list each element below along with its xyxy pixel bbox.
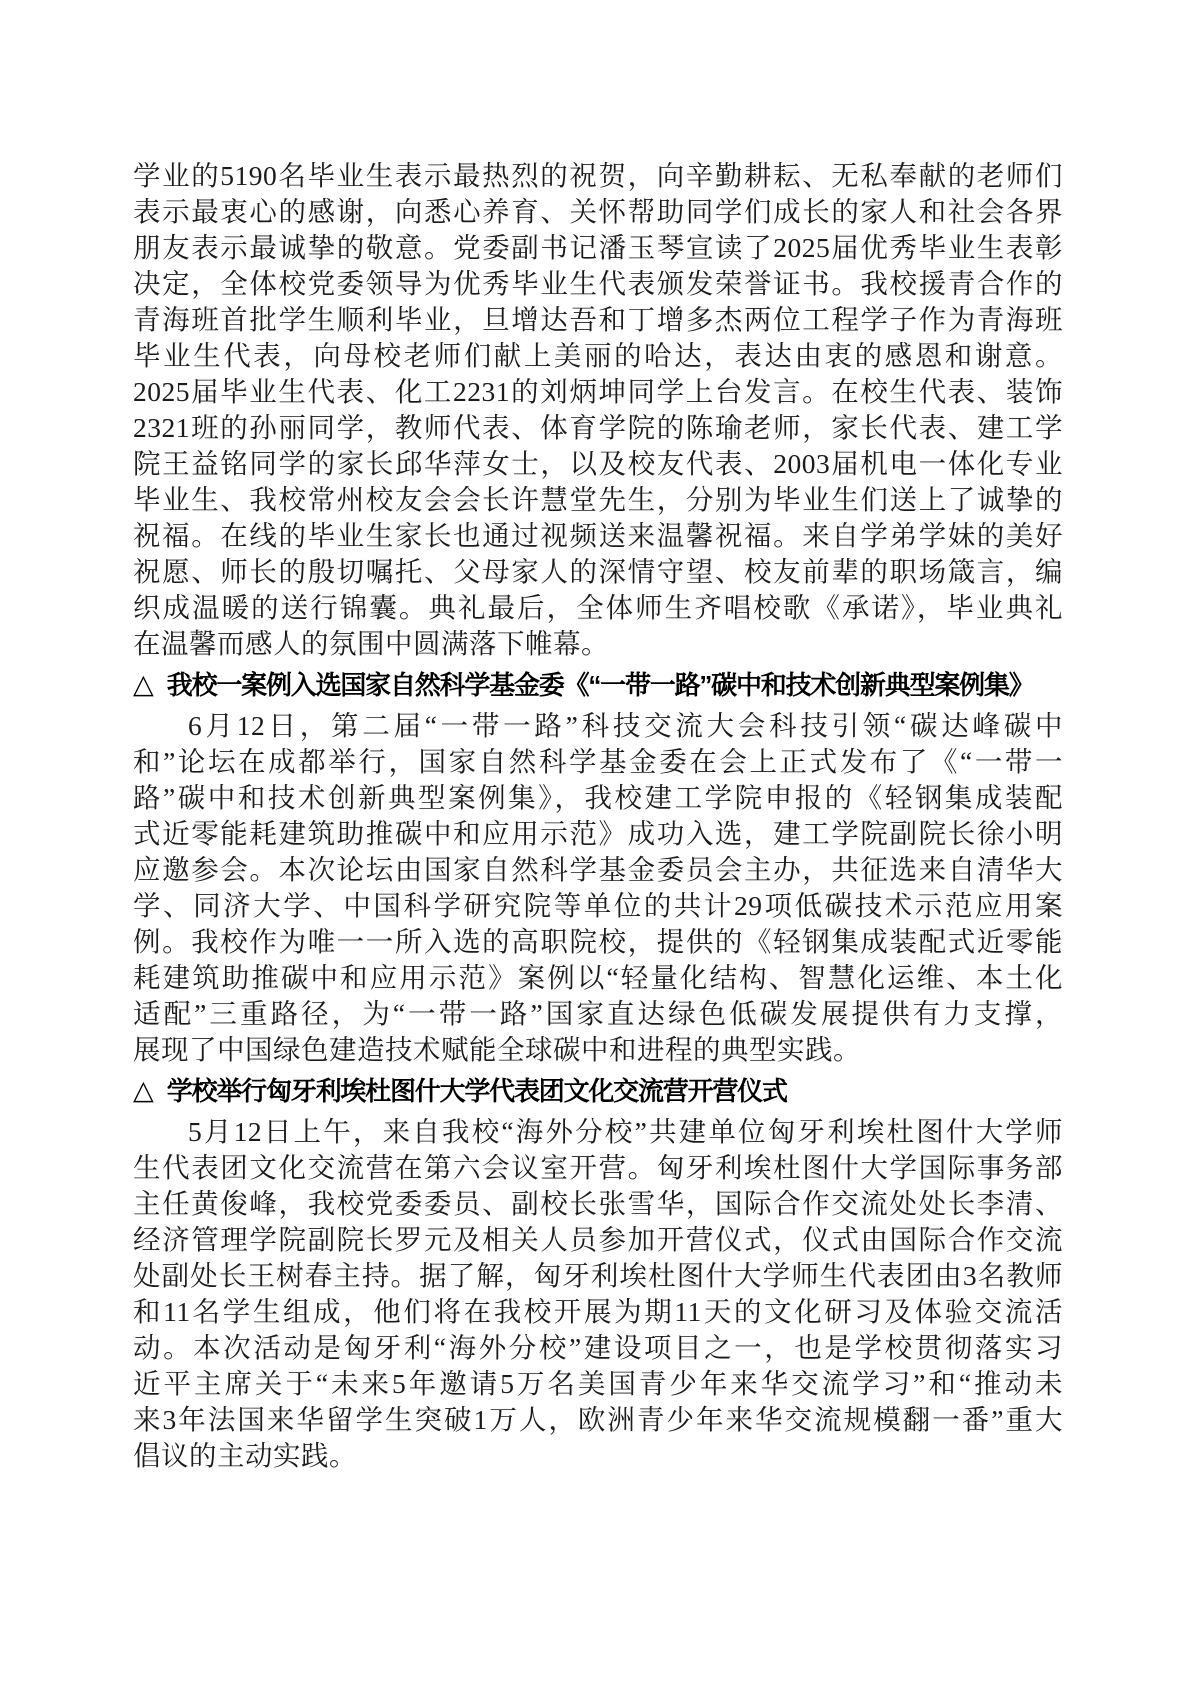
document-body: 学业的5190名毕业生表示最热烈的祝贺，向辛勤耕耘、无私奉献的老师们表示最衷心的… — [133, 158, 1063, 1474]
text-line: 青海班首批学生顺利毕业，旦增达吾和丁增多杰两位工程学子作为青海班 — [133, 302, 1063, 338]
text-line: 生代表团文化交流营在第六会议室开营。匈牙利埃杜图什大学国际事务部 — [133, 1150, 1063, 1186]
text-line: 来3年法国来华留学生突破1万人，欧洲青少年来华交流规模翻一番”重大 — [133, 1402, 1063, 1438]
text-line: 学、同济大学、中国科学研究院等单位的共计29项低碳技术示范应用案 — [133, 888, 1063, 924]
text-line: 适配”三重路径，为“一带一路”国家直达绿色低碳发展提供有力支撑， — [133, 996, 1063, 1032]
text-line: 应邀参会。本次论坛由国家自然科学基金委员会主办，共征选来自清华大 — [133, 852, 1063, 888]
text-line: 路”碳中和技术创新典型案例集》，我校建工学院申报的《轻钢集成装配 — [133, 780, 1063, 816]
text-line: 学业的5190名毕业生表示最热烈的祝贺，向辛勤耕耘、无私奉献的老师们 — [133, 158, 1063, 194]
paragraph: 5月12日上午，来自我校“海外分校”共建单位匈牙利埃杜图什大学师生代表团文化交流… — [133, 1114, 1063, 1474]
paragraph: 学业的5190名毕业生表示最热烈的祝贺，向辛勤耕耘、无私奉献的老师们表示最衷心的… — [133, 158, 1063, 662]
section-heading: △学校举行匈牙利埃杜图什大学代表团文化交流营开营仪式 — [133, 1073, 1063, 1109]
text-line: 毕业生、我校常州校友会会长许慧堂先生，分别为毕业生们送上了诚挚的 — [133, 482, 1063, 518]
section-heading-text: 学校举行匈牙利埃杜图什大学代表团文化交流营开营仪式 — [167, 1073, 787, 1109]
section-heading: △我校一案例入选国家自然科学基金委《“一带一路”碳中和技术创新典型案例集》 — [133, 667, 1063, 703]
text-line: 处副处长王树春主持。据了解，匈牙利埃杜图什大学师生代表团由3名教师 — [133, 1258, 1063, 1294]
triangle-bullet-icon: △ — [133, 1072, 154, 1108]
text-line: 例。我校作为唯一一所入选的高职院校，提供的《轻钢集成装配式近零能 — [133, 924, 1063, 960]
section-heading-text: 我校一案例入选国家自然科学基金委《“一带一路”碳中和技术创新典型案例集》 — [167, 667, 1034, 703]
text-line: 展现了中国绿色建造技术赋能全球碳中和进程的典型实践。 — [133, 1032, 1063, 1068]
text-line: 2321班的孙丽同学，教师代表、体育学院的陈瑜老师，家长代表、建工学 — [133, 410, 1063, 446]
document-page: 学业的5190名毕业生表示最热烈的祝贺，向辛勤耕耘、无私奉献的老师们表示最衷心的… — [0, 0, 1191, 1684]
text-line: 动。本次活动是匈牙利“海外分校”建设项目之一，也是学校贯彻落实习 — [133, 1330, 1063, 1366]
text-line: 朋友表示最诚挚的敬意。党委副书记潘玉琴宣读了2025届优秀毕业生表彰 — [133, 230, 1063, 266]
text-line: 主任黄俊峰，我校党委委员、副校长张雪华，国际合作交流处处长李清、 — [133, 1186, 1063, 1222]
text-line: 和”论坛在成都举行，国家自然科学基金委在会上正式发布了《“一带一 — [133, 744, 1063, 780]
text-line: 倡议的主动实践。 — [133, 1438, 1063, 1474]
text-line: 耗建筑助推碳中和应用示范》案例以“轻量化结构、智慧化运维、本土化 — [133, 960, 1063, 996]
text-line: 在温馨而感人的氛围中圆满落下帷幕。 — [133, 626, 1063, 662]
text-line: 和11名学生组成，他们将在我校开展为期11天的文化研习及体验交流活 — [133, 1294, 1063, 1330]
text-line: 6月12日，第二届“一带一路”科技交流大会科技引领“碳达峰碳中 — [133, 708, 1063, 744]
text-line: 织成温暖的送行锦囊。典礼最后，全体师生齐唱校歌《承诺》，毕业典礼 — [133, 590, 1063, 626]
text-line: 式近零能耗建筑助推碳中和应用示范》成功入选，建工学院副院长徐小明 — [133, 816, 1063, 852]
text-line: 表示最衷心的感谢，向悉心养育、关怀帮助同学们成长的家人和社会各界 — [133, 194, 1063, 230]
text-line: 院王益铭同学的家长邱华萍女士，以及校友代表、2003届机电一体化专业 — [133, 446, 1063, 482]
text-line: 5月12日上午，来自我校“海外分校”共建单位匈牙利埃杜图什大学师 — [133, 1114, 1063, 1150]
paragraph: 6月12日，第二届“一带一路”科技交流大会科技引领“碳达峰碳中和”论坛在成都举行… — [133, 708, 1063, 1068]
text-line: 祝愿、师长的殷切嘱托、父母家人的深情守望、校友前辈的职场箴言，编 — [133, 554, 1063, 590]
triangle-bullet-icon: △ — [133, 666, 154, 702]
text-line: 毕业生代表，向母校老师们献上美丽的哈达，表达由衷的感恩和谢意。 — [133, 338, 1063, 374]
text-line: 近平主席关于“未来5年邀请5万名美国青少年来华交流学习”和“推动未 — [133, 1366, 1063, 1402]
text-line: 决定，全体校党委领导为优秀毕业生代表颁发荣誉证书。我校援青合作的 — [133, 266, 1063, 302]
text-line: 2025届毕业生代表、化工2231的刘炳坤同学上台发言。在校生代表、装饰 — [133, 374, 1063, 410]
text-line: 经济管理学院副院长罗元及相关人员参加开营仪式，仪式由国际合作交流 — [133, 1222, 1063, 1258]
text-line: 祝福。在线的毕业生家长也通过视频送来温馨祝福。来自学弟学妹的美好 — [133, 518, 1063, 554]
